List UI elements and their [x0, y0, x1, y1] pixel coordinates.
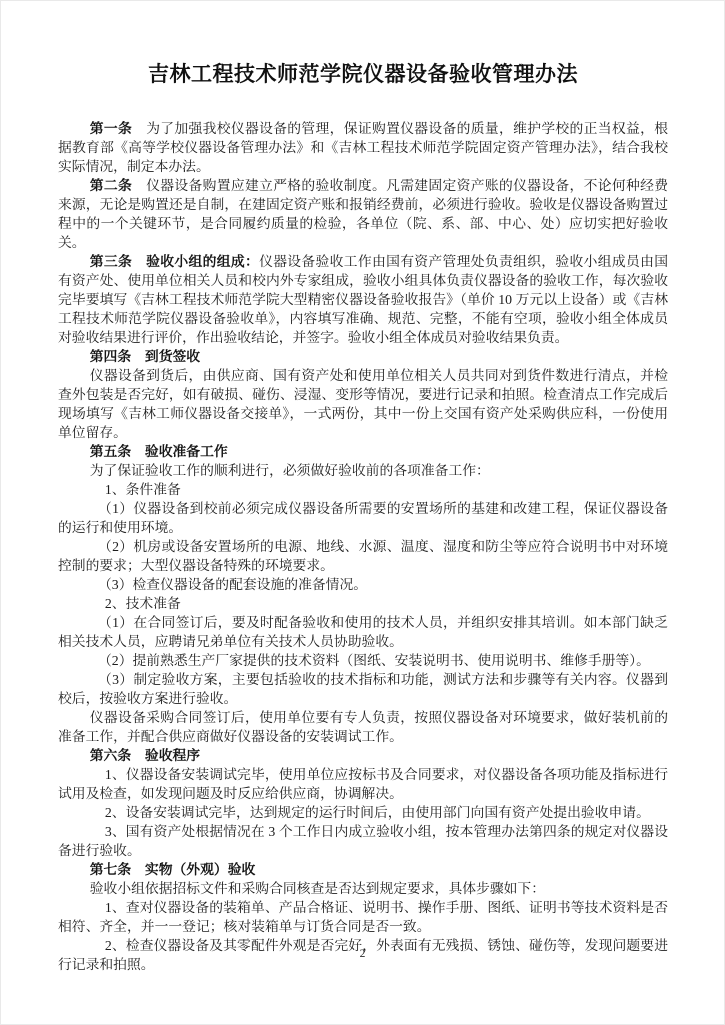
list-item: （3）制定验收方案，主要包括验收的技术指标和功能，测试方法和步骤等有关内容。仪器… [58, 670, 668, 708]
article-number: 第一条 [90, 121, 132, 136]
list-item: （2）机房或设备安置场所的电源、地线、水源、温度、湿度和防尘等应符合说明书中对环… [58, 537, 668, 575]
list-item: （1）仪器设备到校前必须完成仪器设备所需要的安置场所的基建和改建工程，保证仪器设… [58, 499, 668, 537]
body-paragraph: 为了保证验收工作的顺利进行，必须做好验收前的各项准备工作： [58, 461, 668, 480]
list-item: 3、国有资产处根据情况在 3 个工作日内成立验收小组，按本管理办法第四条的规定对… [58, 822, 668, 860]
section-heading: 第七条 实物（外观）验收 [58, 860, 668, 879]
page-number: 2 [0, 948, 725, 960]
list-item: 2、技术准备 [58, 594, 668, 613]
body-paragraph: 验收小组依据招标文件和采购合同核查是否达到规定要求，具体步骤如下： [58, 879, 668, 898]
body-paragraph: 仪器设备到货后，由供应商、国有资产处和使用单位相关人员共同对到货件数进行清点，并… [58, 366, 668, 442]
article-number: 第二条 [90, 178, 132, 193]
article-text: 仪器设备购置应建立严格的验收制度。凡需建固定资产账的仪器设备，不论何种经费来源，… [58, 178, 668, 250]
article-text: 为了加强我校仪器设备的管理，保证购置仪器设备的质量，维护学校的正当权益，根据教育… [58, 121, 668, 174]
list-item: （1）在合同签订后，要及时配备验收和使用的技术人员，并组织安排其培训。如本部门缺… [58, 613, 668, 651]
page-title: 吉林工程技术师范学院仪器设备验收管理办法 [58, 60, 668, 88]
article-paragraph: 第一条 为了加强我校仪器设备的管理，保证购置仪器设备的质量，维护学校的正当权益，… [58, 119, 668, 176]
list-item: 1、条件准备 [58, 480, 668, 499]
section-heading: 第五条 验收准备工作 [58, 442, 668, 461]
list-item: 1、查对仪器设备的装箱单、产品合格证、说明书、操作手册、图纸、证明书等技术资料是… [58, 898, 668, 936]
body-paragraph: 仪器设备采购合同签订后，使用单位要有专人负责，按照仪器设备对环境要求，做好装机前… [58, 708, 668, 746]
article-paragraph: 第二条 仪器设备购置应建立严格的验收制度。凡需建固定资产账的仪器设备，不论何种经… [58, 176, 668, 252]
document-content: 吉林工程技术师范学院仪器设备验收管理办法 第一条 为了加强我校仪器设备的管理，保… [0, 0, 725, 974]
article-paragraph: 第三条 验收小组的组成：仪器设备验收工作由国有资产管理处负责组织，验收小组成员由… [58, 252, 668, 347]
document-page: 吉林工程技术师范学院仪器设备验收管理办法 第一条 为了加强我校仪器设备的管理，保… [0, 0, 725, 1025]
list-item: 2、设备安装调试完毕，达到规定的运行时间后，由使用部门向国有资产处提出验收申请。 [58, 803, 668, 822]
list-item: （2）提前熟悉生产厂家提供的技术资料（图纸、安装说明书、使用说明书、维修手册等）… [58, 651, 668, 670]
section-heading: 第六条 验收程序 [58, 746, 668, 765]
list-item: 1、仪器设备安装调试完毕，使用单位应按标书及合同要求，对仪器设备各项功能及指标进… [58, 765, 668, 803]
list-item: （3）检查仪器设备的配套设施的准备情况。 [58, 575, 668, 594]
article-number: 第三条 验收小组的组成： [90, 254, 259, 269]
section-heading: 第四条 到货签收 [58, 347, 668, 366]
